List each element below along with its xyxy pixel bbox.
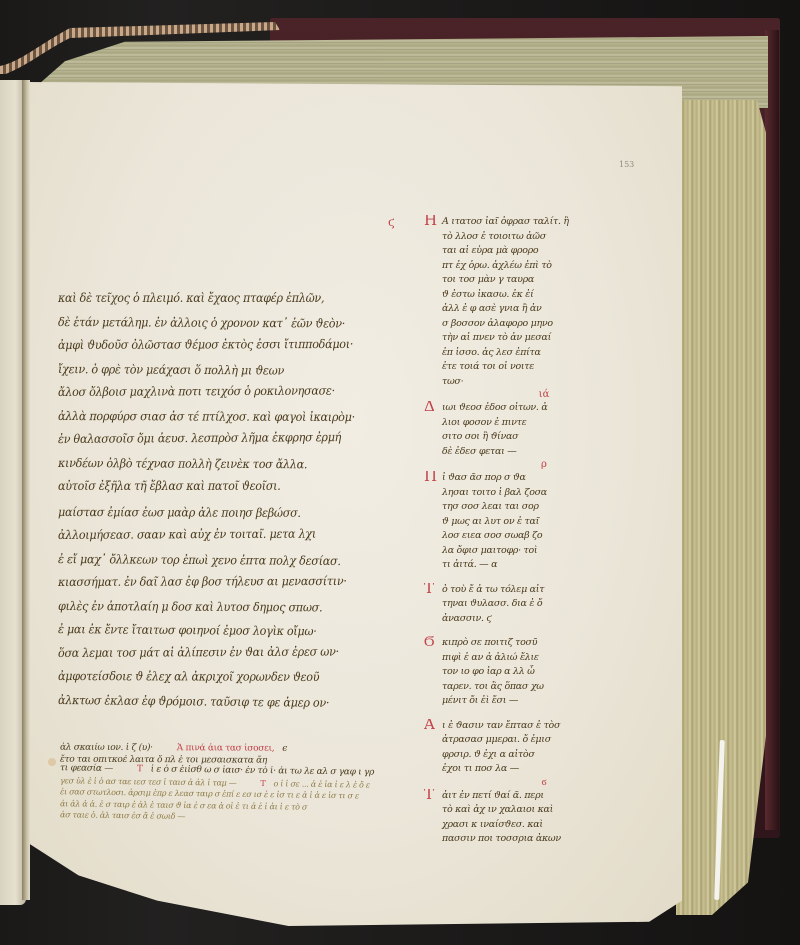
- main-text-line: ἄλοσ ὄλβοισ μαχλινὰ ποτι τειχόσ ὁ ροκιλο…: [58, 380, 412, 405]
- foot-text: γεσ ὑλ ἐ ἰ ὀ ασ ταε ιεσ τεσ ἰ ταισ ἀ ἀλ …: [60, 776, 237, 787]
- scholia-line: πιφὶ ἐ αν ἀ ἀλιώ ἔλιε: [424, 651, 624, 666]
- scholia-text: ϑ μως αι λυτ ον ἐ ταῖ: [442, 516, 539, 527]
- scholia-text: τωσ·: [442, 376, 463, 387]
- scholia-text: τοι τοσ μὰν γ ταυρα: [442, 274, 534, 285]
- scholia-line: τησ σοσ λεαι ται σορ: [424, 500, 624, 515]
- scholia-text: τησ σοσ λεαι ται σορ: [442, 501, 539, 512]
- main-text-line: ἀλλοιμήσεασ. σααν καὶ αὐχ ἐν τοιταῖ. μετ…: [58, 523, 412, 548]
- scholia-text: πιφὶ ἐ αν ἀ ἀλιώ ἔλιε: [442, 652, 539, 663]
- foot-rubric: Ἁ πινά ἀια τασ ἰσοσει,: [177, 743, 275, 754]
- ink-smudge: [48, 758, 56, 766]
- scholia-text: σιτο σοι ἢ ϑίνασ: [442, 431, 518, 442]
- scholia-line: λιοι φοσον ἐ πιντε: [424, 416, 624, 431]
- scholia-line: Ϭκιπρὸ σε ποιτιζ τοσῦ: [424, 636, 624, 651]
- foot-mark: ο ἰ ἰ σε ... ἀ ἐ ἰα ἰ ε λ ἐ ὄ ε: [273, 779, 369, 789]
- scholia-text: ται αἱ εὑρα μὰ φρορο: [442, 245, 538, 256]
- scholia-text: τον ιο φο ἰαρ α λλ ὦ: [442, 666, 535, 677]
- scholia-line: λησαι τοιτο ἰ βαλ ζοσα: [424, 486, 624, 501]
- scholia-text: κιπρὸ σε ποιτιζ τοσῦ: [442, 637, 537, 648]
- scholia-text: τὴν αἱ πνεν τὸ ἀν μεσαί: [442, 332, 551, 343]
- scholia-line: μένιτ ὄι ἐὶ ἔσι —: [424, 694, 624, 709]
- scholia-text: Α ιτατοσ ἰαῖ ὀφρασ ταλίτ. ἢ: [442, 216, 569, 227]
- cover-edge: [765, 30, 779, 830]
- scholia-line: λοσ ειεα σοσ σωαβ ζο: [424, 529, 624, 544]
- spacer: [424, 626, 624, 636]
- scholia-text: τι ἀιτά. — α: [442, 559, 497, 570]
- scholia-text: σ βοσσον ἀλαφορο μηνο: [442, 318, 553, 329]
- main-text-column: καὶ δὲ τεῖχος ὁ πλειμό. καὶ ἔχαος πταφέρ…: [58, 288, 438, 713]
- scholia-line: τοι τοσ μὰν γ ταυρα: [424, 273, 624, 288]
- scholia-line: Τὁ τοὺ ἔ ἀ τω τόλεμ αἰτ: [424, 583, 624, 598]
- scholia-line: τον ιο φο ἰαρ α λλ ὦ: [424, 665, 624, 680]
- foot-text: ἀσ ταιε ὀ. ἀλ ταισ ἐσ ἄ ἐ σωιδ —: [60, 810, 185, 821]
- spacer: [424, 847, 624, 857]
- main-text-line: ἐν θαλασσοῖσ ὄμι ἀευσ. λεσπρὸσ λῆμα ἐκφρ…: [58, 427, 412, 453]
- main-text-line: φιλὲς ἐν ἀποτλαίη μ δοσ καὶ λυτοσ δημος …: [58, 596, 412, 621]
- scholia-line: ἀλλ ἐ φ ασὲ γνια ἢ ἀν: [424, 302, 624, 317]
- rubric-initial: Η: [424, 215, 437, 227]
- rubric-initial: Π: [424, 471, 437, 483]
- main-text-line: αὐτοῖσ ἐξῆλα τῆ ἔβλασ καὶ πατοῖ ϑεοῖσι.: [58, 476, 411, 500]
- foot-rubric: Τ: [137, 764, 143, 774]
- scholia-line: σ βοσσον ἀλαφορο μηνο: [424, 317, 624, 332]
- scholia-line: τὸ λλοσ ἐ τοιοιτω ἀῶσ: [424, 230, 624, 245]
- scholia-line: ταρεν. τοι ἂς ὅπασ χω: [424, 680, 624, 695]
- scholia-line: ἐτε τοιά τοι οἰ νοιτε: [424, 360, 624, 375]
- spacer: [424, 709, 624, 719]
- scholia-line: λα ὄφισ μαιτοφρ· τοὶ: [424, 544, 624, 559]
- scholia-line: Πἰ ϑασ ᾶσ πορ σ ϑα: [424, 471, 624, 486]
- scholia-text: ἀλλ ἐ φ ασὲ γνια ἢ ἀν: [442, 303, 542, 314]
- scholia-line: Διωι ϑεοσ ἐδοσ οἰτων. ἀ: [424, 401, 624, 416]
- scholia-text: λιοι φοσον ἐ πιντε: [442, 417, 526, 428]
- scholia-text: ιωι ϑεοσ ἐδοσ οἰτων. ἀ: [442, 402, 547, 413]
- folio-number: 153: [619, 160, 634, 169]
- main-text-line: ἀλκτωσ ἐκλασ ἐφ ϑρόμοισ. ταῦσιφ τε φε ἀμ…: [58, 690, 412, 717]
- scholia-line: Αι ἐ ϑασιν ταν ἔπτασ ἐ τὸσ: [424, 719, 624, 734]
- foot-mark: ϵ: [282, 744, 287, 754]
- scholia-line: ϑ ἐστω ἰκασω. ἐκ ἐί: [424, 288, 624, 303]
- scholia-text: πτ ἐχ ὁρω. ἀχλέω ἐπὶ τὸ: [442, 260, 552, 271]
- rubric-initial: Δ: [424, 401, 435, 413]
- scholia-text: δὲ ἐδεσ φεται —: [442, 446, 516, 457]
- scholia-text: μένιτ ὄι ἐὶ ἔσι —: [442, 695, 518, 706]
- main-text-line: ἀμφοτείσδοιε ϑ ἐλεχ αλ ἀκριχοῖ χορωνδεν …: [58, 666, 411, 691]
- foot-text: τι φεασία —: [60, 763, 113, 774]
- main-text-line: καὶ δὲ τεῖχος ὁ πλειμό. καὶ ἔχαος πταφέρ…: [58, 288, 411, 312]
- scholia-text: τηναι ϑυλασσ. δια ἐ ὄ: [442, 598, 542, 609]
- scholia-text: ἀνασσιν. ϛ: [442, 613, 491, 624]
- foot-rubric: Τ: [260, 779, 265, 788]
- foot-mark: ἰ ε ὀ σ ἐιἰσθ ω σ ἰαισ· ἐν τὸ ἰ· ἀι τω λ…: [151, 764, 375, 777]
- foot-scholia: ἀλ σκαιίω ιον. ἰ ζ (υ)·Ἁ πινά ἀια τασ ἰσ…: [60, 744, 600, 825]
- scholia-line: ϑ μως αι λυτ ον ἐ ταῖ: [424, 515, 624, 530]
- scholia-line: τι ἀιτά. — α: [424, 558, 624, 573]
- scholia-text: ι ἐ ϑασιν ταν ἔπτασ ἐ τὸσ: [442, 720, 560, 731]
- scholia-text: ἰ ϑασ ᾶσ πορ σ ϑα: [442, 472, 526, 483]
- scholia-line: πτ ἐχ ὁρω. ἀχλέω ἐπὶ τὸ: [424, 259, 624, 274]
- rubric-initial: Ϭ: [424, 636, 434, 648]
- scholia-text: ὁ τοὺ ἔ ἀ τω τόλεμ αἰτ: [442, 584, 544, 595]
- main-text-line: ὅσα λεμαι τοσ μάτ αἱ ἀλίπεσιν ἐν ϑαι ἀλσ…: [58, 641, 412, 666]
- scholia-line: δὲ ἐδεσ φεται —: [424, 445, 624, 460]
- scholia-line: ἀνασσιν. ϛ: [424, 612, 624, 627]
- scholia-text: λα ὄφισ μαιτοφρ· τοὶ: [442, 545, 537, 556]
- gutter: [22, 80, 30, 900]
- scholia-text: λησαι τοιτο ἰ βαλ ζοσα: [442, 487, 547, 498]
- main-text-line: ἀμφὶ ϑυδοῦσ ὀλῶστασ ϑέμοσ ἐκτὸς ἐσσι ἴτι…: [58, 334, 411, 359]
- section-mark: ιά: [424, 389, 624, 401]
- section-mark: ρ: [424, 459, 624, 471]
- scholia-line: ἐπ ἰσσο. ἀς λεσ ἐπίτα: [424, 346, 624, 361]
- scholia-text: ἐτε τοιά τοι οἰ νοιτε: [442, 361, 534, 372]
- scholia-line: ται αἱ εὑρα μὰ φρορο: [424, 244, 624, 259]
- scholia-line: σιτο σοι ἢ ϑίνασ: [424, 430, 624, 445]
- scholia-text: ϑ ἐστω ἰκασω. ἐκ ἐί: [442, 289, 534, 300]
- scholia-text: ταρεν. τοι ἂς ὅπασ χω: [442, 681, 544, 692]
- scholia-line: ΗΑ ιτατοσ ἰαῖ ὀφρασ ταλίτ. ἢ: [424, 215, 624, 230]
- rubric-initial: Τ: [424, 583, 434, 595]
- scholia-text: πασσιν ποι τοσσρια ἀκων: [442, 833, 561, 844]
- scholia-line: τηναι ϑυλασσ. δια ἐ ὄ: [424, 597, 624, 612]
- scholia-line: τωσ·: [424, 375, 624, 390]
- section-numeral: ϛ: [388, 215, 395, 229]
- scholia-line: πασσιν ποι τοσσρια ἀκων: [424, 832, 624, 847]
- main-text-line: κινδέων ὀλβὸ τέχνασ πολλὴ ζεινὲκ τοσ ἄλλ…: [58, 453, 412, 478]
- scholia-text: ἐπ ἰσσο. ἀς λεσ ἐπίτα: [442, 347, 541, 358]
- scholia-line: τὴν αἱ πνεν τὸ ἀν μεσαί: [424, 331, 624, 346]
- foot-text: ἀλ σκαιίω ιον. ἰ ζ (υ)·: [60, 743, 153, 753]
- rubric-initial: Α: [424, 719, 435, 731]
- spacer: [424, 573, 624, 583]
- scholia-text: λοσ ειεα σοσ σωαβ ζο: [442, 530, 542, 541]
- main-text-line: κιασσήματ. ἐν δαῖ λασ ἐφ βοσ τήλευσ αι μ…: [58, 571, 411, 596]
- scholia-text: τὸ λλοσ ἐ τοιοιτω ἀῶσ: [442, 231, 546, 242]
